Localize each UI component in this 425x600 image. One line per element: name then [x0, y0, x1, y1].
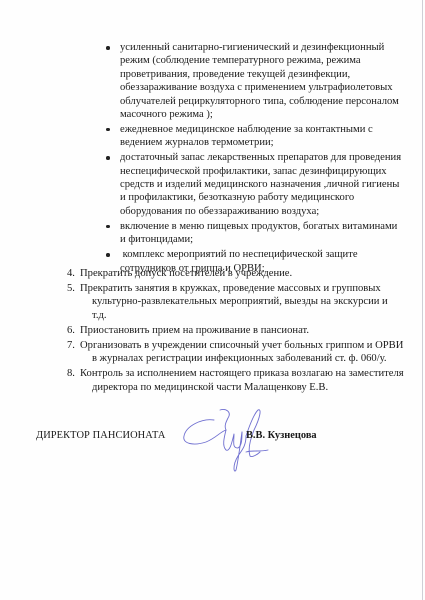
bullet-icon — [106, 46, 110, 50]
item-text: Организовать в учреждении списочный учет… — [80, 339, 414, 352]
order-numbered-list: 4. Прекратить допуск посетителей в учреж… — [64, 267, 414, 396]
numbered-item: 4. Прекратить допуск посетителей в учреж… — [64, 267, 414, 280]
bullet-icon — [106, 128, 110, 132]
numbered-item: 7. Организовать в учреждении списочный у… — [64, 339, 414, 366]
item-number: 8. — [67, 367, 75, 380]
bullet-line: включение в меню пищевых продуктов, бога… — [120, 220, 414, 233]
bullet-line: усиленный санитарно-гигиенический и дези… — [120, 41, 414, 54]
bullet-line: режим (соблюдение температурного режима,… — [120, 54, 414, 67]
bullet-line: неспецифической профилактики, запас дези… — [120, 165, 414, 178]
item-text-cont: культурно-развлекательных мероприятий, в… — [80, 295, 414, 308]
bullet-icon — [106, 253, 110, 257]
numbered-item: 5. Прекратить занятия в кружках, проведе… — [64, 282, 414, 322]
bullet-line: и фитонцидами; — [120, 233, 414, 246]
item-text: Приостановить прием на проживание в панс… — [80, 324, 414, 337]
handwritten-signature-icon — [180, 406, 270, 476]
item-number: 7. — [67, 339, 75, 352]
bullet-line: средств и изделий медицинского назначени… — [120, 178, 414, 191]
bullet-line: ведением журналов термометрии; — [120, 136, 414, 149]
item-text-cont: директора по медицинской части Малащенко… — [80, 381, 414, 394]
signature-block: ДИРЕКТОР ПАНСИОНАТА В.В. Кузнецова — [36, 426, 416, 486]
document-page: усиленный санитарно-гигиенический и дези… — [0, 0, 425, 600]
bullet-icon — [106, 225, 110, 229]
bullet-line: оборудования по обеззараживанию воздуха; — [120, 205, 414, 218]
bullet-item: ежедневное медицинское наблюдение за кон… — [104, 123, 414, 150]
bullet-line: облучателей рециркуляторного типа, соблю… — [120, 95, 414, 108]
bullet-item: включение в меню пищевых продуктов, бога… — [104, 220, 414, 247]
item-text: Прекратить допуск посетителей в учрежден… — [80, 267, 414, 280]
bullet-line: и профилактики, безотказную работу медиц… — [120, 191, 414, 204]
bullet-line: обеззараживание воздуха с применением ул… — [120, 81, 414, 94]
bullet-icon — [106, 156, 110, 160]
item-number: 4. — [67, 267, 75, 280]
item-number: 6. — [67, 324, 75, 337]
numbered-item: 8. Контроль за исполнением настоящего пр… — [64, 367, 414, 394]
measures-bullet-list: усиленный санитарно-гигиенический и дези… — [104, 41, 414, 276]
item-text: Контроль за исполнением настоящего прика… — [80, 367, 414, 380]
item-text-cont: т.д. — [80, 309, 414, 322]
bullet-line: масочного режима ); — [120, 108, 414, 121]
bullet-line: достаточный запас лекарственных препарат… — [120, 151, 414, 164]
bullet-line: комплекс мероприятий по неспецифической … — [120, 248, 414, 261]
item-number: 5. — [67, 282, 75, 295]
signer-name: В.В. Кузнецова — [246, 430, 317, 441]
numbered-item: 6. Приостановить прием на проживание в п… — [64, 324, 414, 337]
scan-edge — [422, 0, 423, 600]
item-text-cont: в журналах регистрации инфекционных забо… — [80, 352, 414, 365]
bullet-line: ежедневное медицинское наблюдение за кон… — [120, 123, 414, 136]
item-text: Прекратить занятия в кружках, проведение… — [80, 282, 414, 295]
bullet-item: усиленный санитарно-гигиенический и дези… — [104, 41, 414, 121]
signer-title: ДИРЕКТОР ПАНСИОНАТА — [36, 430, 166, 441]
bullet-line: проветривания, проведение текущей дезинф… — [120, 68, 414, 81]
bullet-item: достаточный запас лекарственных препарат… — [104, 151, 414, 218]
